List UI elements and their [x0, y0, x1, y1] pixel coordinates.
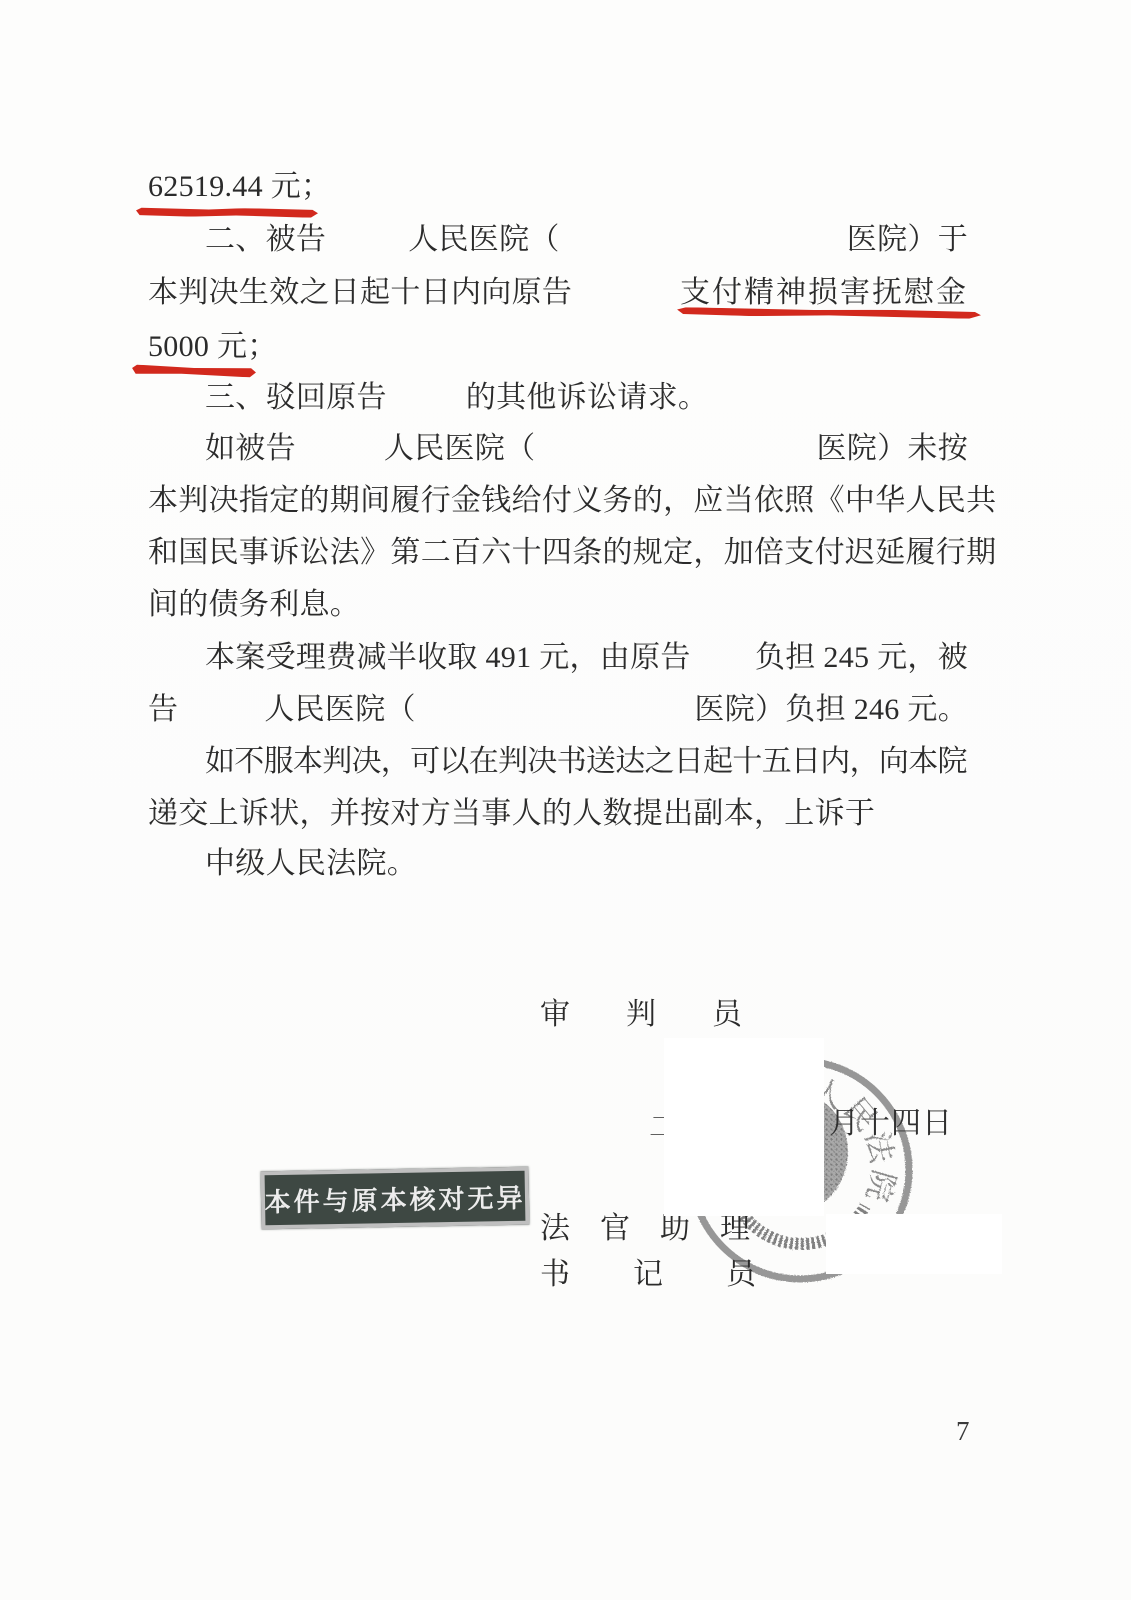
judgment-line: 本案受理费减半收取 491 元，由原告 负担 245 元，被: [205, 641, 968, 675]
red-underline-amount-1: [136, 207, 318, 218]
date-fragment: 月十四日: [829, 1098, 953, 1142]
judgment-line: 如不服本判决，可以在判决书送达之日起十五日内，向本院: [205, 745, 967, 779]
judgment-line: 5000 元；: [148, 330, 278, 364]
text-segment: 和国民事诉讼法》第二百六十四条的规定，加倍支付迟延履行期: [148, 536, 996, 569]
text-segment: 二、被告: [205, 223, 326, 257]
judgment-line: 告 人民医院（ 医院）负担 246 元。: [148, 693, 968, 727]
text-segment: 医院）未按: [817, 432, 969, 466]
verification-stamp: 本件与原本核对无异: [261, 1167, 530, 1230]
judgment-line: 本判决指定的期间履行金钱给付义务的，应当依照《中华人民共: [148, 484, 996, 518]
text-segment: 本判决指定的期间履行金钱给付义务的，应当依照《中华人民共: [148, 484, 996, 517]
verification-stamp-text: 本件与原本核对无异: [264, 1177, 526, 1219]
text-segment: 如不服本判决，可以在判决书送达之日起十五日内，向本院: [205, 745, 967, 778]
text-segment: 三、驳回原告: [205, 381, 387, 415]
judgment-line: 如被告 人民医院（ 医院）未按: [205, 432, 968, 466]
clerk-title: 书 记 员: [540, 1258, 757, 1292]
text-segment: 本案受理费减半收取 491 元，由原告: [205, 641, 691, 675]
judge-assistant-title: 法 官 助 理: [540, 1212, 750, 1246]
judge-title: 审 判 员: [540, 998, 755, 1032]
text-segment: 递交上诉状，并按对方当事人的人数提出副本，上诉于: [148, 797, 875, 830]
text-segment: 医院）于: [847, 223, 968, 257]
judgment-page: 62519.44 元； 二、被告 人民医院（ 医院）于 本判决生效之日起十日内向…: [0, 0, 1131, 1600]
text-segment: 中级人民法院。: [205, 847, 417, 880]
text-segment: 医院）负担 246 元。: [694, 693, 968, 727]
judgment-line: 二、被告 人民医院（ 医院）于: [205, 223, 968, 257]
judgment-line: 62519.44 元；: [148, 170, 331, 204]
redaction-box-seal-bottom: [826, 1214, 1002, 1274]
text-segment: 间的债务利息。: [148, 588, 360, 621]
seal-char: 院: [859, 1166, 901, 1205]
text-segment: 本判决生效之日起十日内向原告: [148, 276, 572, 310]
judgment-line: 本判决生效之日起十日内向原告 支付精神损害抚慰金: [148, 276, 968, 310]
judgment-line: 和国民事诉讼法》第二百六十四条的规定，加倍支付迟延履行期: [148, 536, 996, 570]
red-underline-amount-2: [132, 364, 256, 377]
judgment-line: 中级人民法院。: [205, 847, 417, 881]
judgment-line: 递交上诉状，并按对方当事人的人数提出副本，上诉于: [148, 797, 875, 831]
text-segment: 人民医院（: [408, 223, 560, 257]
redaction-box-date: [664, 1038, 824, 1216]
text-segment: 告: [148, 693, 178, 727]
text-segment: 62519.44 元；: [148, 170, 331, 203]
judgment-line: 三、驳回原告 的其他诉讼请求。: [205, 381, 708, 415]
text-segment: 如被告: [205, 432, 296, 466]
text-segment: 的其他诉讼请求。: [466, 381, 708, 415]
judgment-line: 间的债务利息。: [148, 588, 360, 622]
page-number: 7: [956, 1416, 970, 1447]
text-segment: 人民医院（: [384, 432, 536, 466]
text-segment-underlined: 支付精神损害抚慰金: [680, 276, 968, 310]
text-segment: 人民医院（: [264, 693, 416, 727]
text-segment: 5000 元；: [148, 330, 278, 363]
text-segment: 负担 245 元，被: [755, 641, 968, 675]
